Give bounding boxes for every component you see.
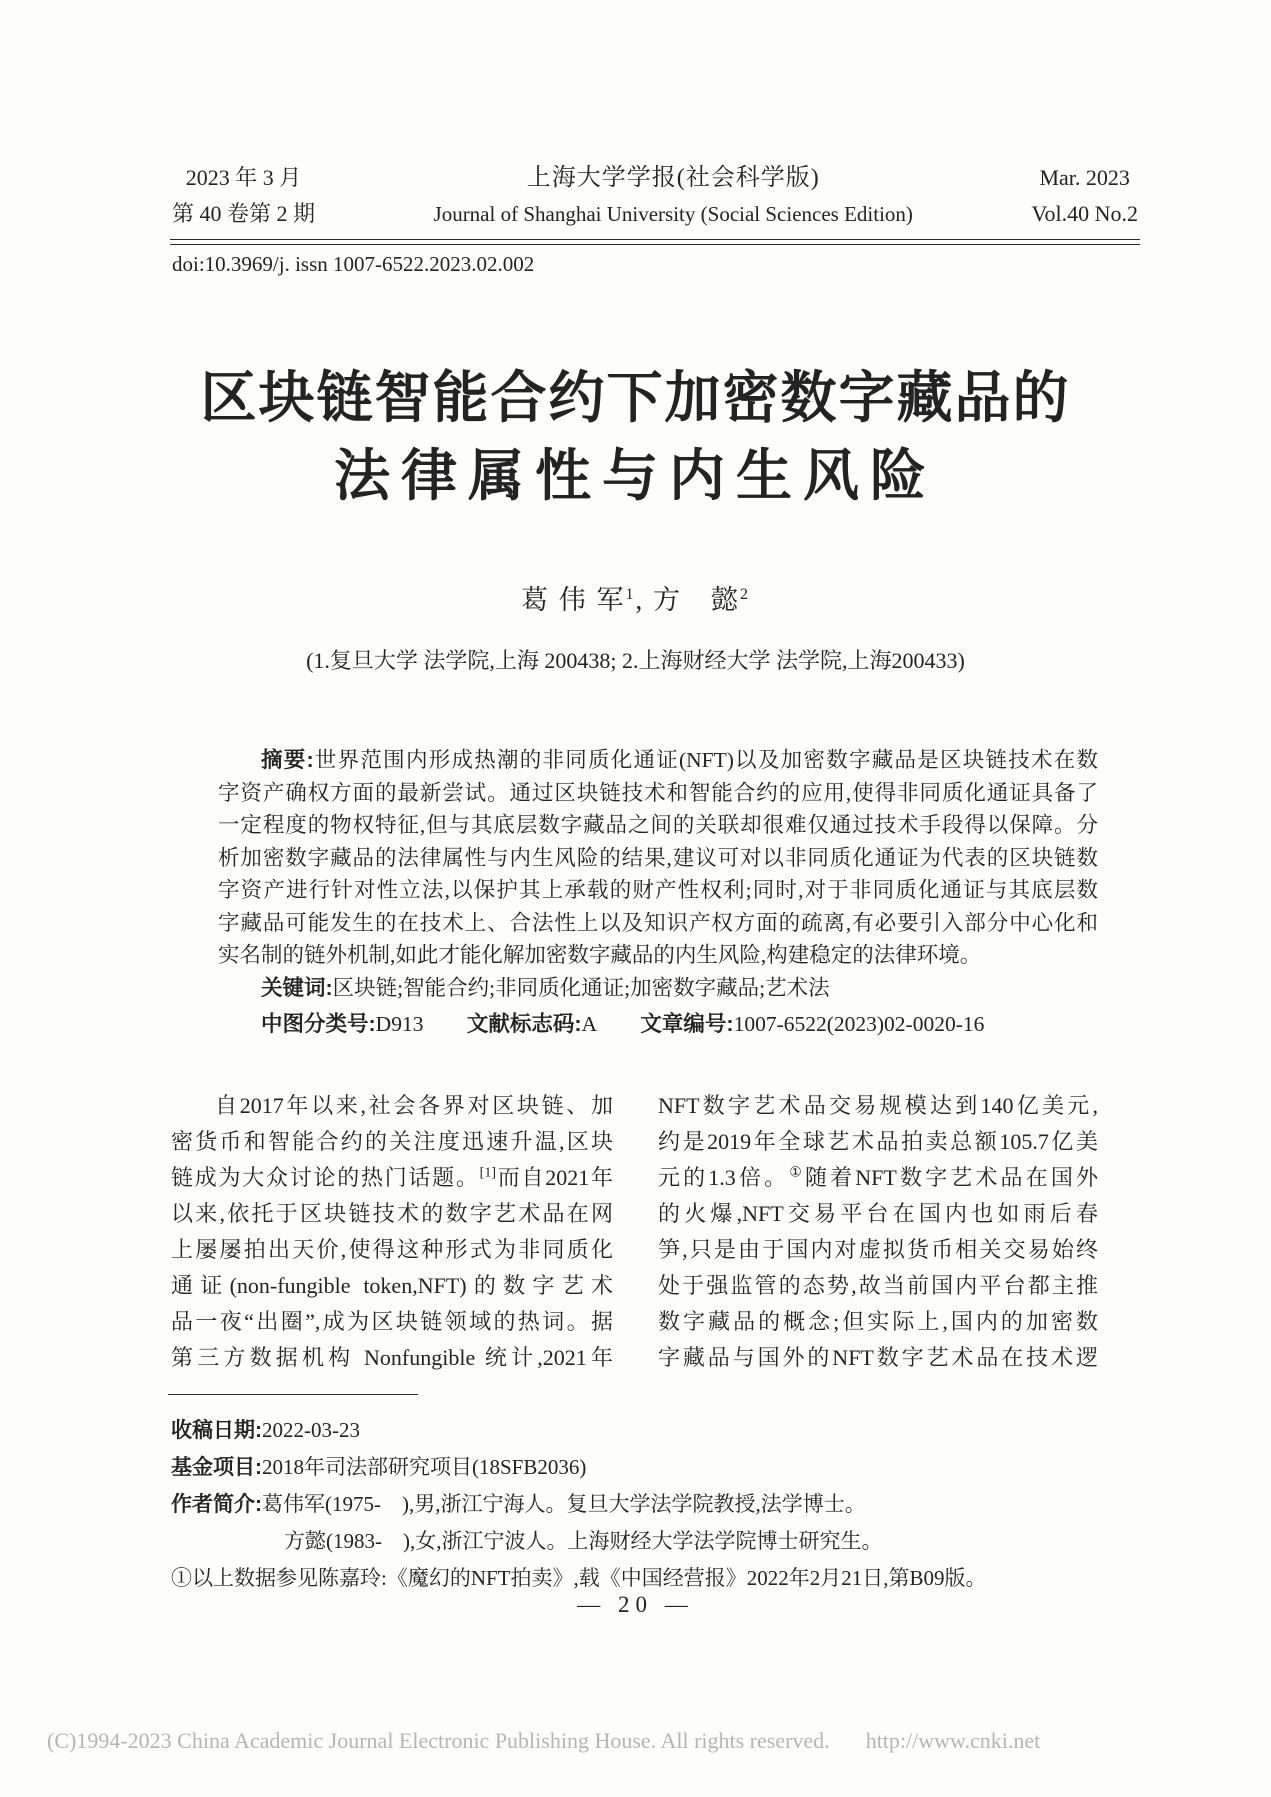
- doi-line: doi:10.3969/j. issn 1007-6522.2023.02.00…: [172, 252, 534, 277]
- journal-header: 2023 年 3 月 第 40 卷第 2 期 上海大学学报(社会科学版) Jou…: [172, 160, 1138, 232]
- keywords-line: 关键词:区块链;智能合约;非同质化通证;加密数字藏品;艺术法: [218, 972, 1098, 1005]
- abstract-line: 一定程度的物权特征,但与其底层数字藏品之间的关联却很难仅通过技术手段得以保障。分: [218, 809, 1098, 842]
- footnote-divider: [168, 1394, 418, 1395]
- header-issue-cn-block: 2023 年 3 月 第 40 卷第 2 期: [172, 160, 315, 232]
- article-id-label: 文章编号:: [640, 1012, 733, 1036]
- body-line: 品一夜“出圈”,成为区块链领域的热词。据: [171, 1304, 613, 1340]
- article-title-line1: 区块链智能合约下加密数字藏品的: [0, 360, 1271, 438]
- body-line: 的火爆,NFT交易平台在国内也如雨后春: [658, 1196, 1098, 1232]
- reference-mark-1: [1]: [480, 1166, 496, 1181]
- body-line: 处于强监管的态势,故当前国内平台都主推: [658, 1268, 1098, 1304]
- body-line: 元的1.3倍。①随着NFT数字艺术品在国外: [658, 1160, 1098, 1196]
- article-title-line2: 法律属性与内生风险: [0, 438, 1271, 516]
- body-line: 笋,只是由于国内对虚拟货币相关交易始终: [658, 1232, 1098, 1268]
- author-bio-line-1: 作者简介:葛伟军(1975- ),男,浙江宁海人。复旦大学法学院教授,法学博士。: [171, 1486, 1106, 1523]
- abstract-line: 摘要:世界范围内形成热潮的非同质化通证(NFT)以及加密数字藏品是区块链技术在数: [218, 744, 1098, 777]
- header-volume-cn: 第 40 卷第 2 期: [172, 196, 315, 232]
- abstract-line: 实名制的链外机制,如此才能化解加密数字藏品的内生风险,构建稳定的法律环境。: [218, 939, 1098, 972]
- body-column-right: NFT数字艺术品交易规模达到140亿美元, 约是2019年全球艺术品拍卖总额10…: [658, 1088, 1098, 1376]
- body-line: 上屡屡拍出天价,使得这种形式为非同质化: [171, 1232, 613, 1268]
- header-volume-en: Vol.40 No.2: [1031, 196, 1138, 232]
- body-line: NFT数字艺术品交易规模达到140亿美元,: [658, 1088, 1098, 1124]
- received-date-label: 收稿日期:: [171, 1412, 262, 1449]
- header-double-rule: [170, 239, 1140, 245]
- classification-line: 中图分类号:D913 文献标志码:A 文章编号:1007-6522(2023)0…: [218, 1008, 1098, 1041]
- body-column-left: 自2017年以来,社会各界对区块链、加 密货币和智能合约的关注度迅速升温,区块 …: [171, 1088, 613, 1376]
- article-id-value: 1007-6522(2023)02-0020-16: [734, 1012, 985, 1036]
- footnote-block: 收稿日期:2022-03-23 基金项目:2018年司法部研究项目(18SFB2…: [171, 1412, 1106, 1597]
- abstract-line: 析加密数字藏品的法律属性与内生风险的结果,建议可对以非同质化通证为代表的区块链数: [218, 842, 1098, 875]
- body-line: 密货币和智能合约的关注度迅速升温,区块: [171, 1124, 613, 1160]
- footnote-mark-1: ①: [789, 1166, 805, 1181]
- journal-title-cn: 上海大学学报(社会科学版): [315, 160, 1031, 196]
- abstract-block: 摘要:世界范围内形成热潮的非同质化通证(NFT)以及加密数字藏品是区块链技术在数…: [218, 744, 1098, 972]
- received-date-value: 2022-03-23: [262, 1412, 1106, 1449]
- doc-code-label: 文献标志码:: [467, 1012, 582, 1036]
- cnki-watermark: (C)1994-2023 China Academic Journal Elec…: [47, 1728, 1231, 1754]
- author-bio-label: 作者简介:: [171, 1486, 262, 1523]
- body-line: 字藏品与国外的NFT数字艺术品在技术逻: [658, 1340, 1098, 1376]
- abstract-line: 字藏品可能发生的在技术上、合法性上以及知识产权方面的疏离,有必要引入部分中心化和: [218, 907, 1098, 940]
- journal-title-block: 上海大学学报(社会科学版) Journal of Shanghai Univer…: [315, 160, 1031, 232]
- body-line: 第三方数据机构 Nonfungible 统计,2021年: [171, 1340, 613, 1376]
- body-line: 数字藏品的概念;但实际上,国内的加密数: [658, 1304, 1098, 1340]
- author-bio-line-2: 方懿(1983- ),女,浙江宁波人。上海财经大学法学院博士研究生。: [171, 1523, 1106, 1560]
- journal-page: 2023 年 3 月 第 40 卷第 2 期 上海大学学报(社会科学版) Jou…: [0, 0, 1271, 1797]
- header-issue-en-block: Mar. 2023 Vol.40 No.2: [1031, 160, 1138, 232]
- watermark-url: http://www.cnki.net: [866, 1728, 1041, 1753]
- author-2-affiliation-mark: 2: [740, 586, 750, 603]
- body-line: 通证(non-fungible token,NFT)的数字艺术: [171, 1268, 613, 1304]
- abstract-line: 字资产进行针对性立法,以保护其上承载的财产性权利;同时,对于非同质化通证与其底层…: [218, 874, 1098, 907]
- abstract-label: 摘要:: [261, 748, 314, 772]
- author-separator: ,: [636, 585, 654, 615]
- keywords-label: 关键词:: [261, 976, 333, 1000]
- page-number: — 20 —: [0, 1592, 1271, 1618]
- author-2: 方 懿: [653, 585, 740, 615]
- affiliation-line: (1.复旦大学 法学院,上海 200438; 2.上海财经大学 法学院,上海20…: [0, 644, 1271, 675]
- body-line: 以来,依托于区块链技术的数字艺术品在网: [171, 1196, 613, 1232]
- watermark-copyright: (C)1994-2023 China Academic Journal Elec…: [47, 1728, 830, 1753]
- body-line: 链成为大众讨论的热门话题。[1]而自2021年: [171, 1160, 613, 1196]
- body-line: 约是2019年全球艺术品拍卖总额105.7亿美: [658, 1124, 1098, 1160]
- journal-title-en: Journal of Shanghai University (Social S…: [315, 196, 1031, 232]
- author-bio-1: 葛伟军(1975- ),男,浙江宁海人。复旦大学法学院教授,法学博士。: [262, 1486, 1106, 1523]
- fund-label: 基金项目:: [171, 1449, 262, 1486]
- body-line: 自2017年以来,社会各界对区块链、加: [171, 1088, 613, 1124]
- author-1-affiliation-mark: 1: [626, 586, 636, 603]
- header-date-en: Mar. 2023: [1031, 160, 1138, 196]
- fund-line: 基金项目:2018年司法部研究项目(18SFB2036): [171, 1449, 1106, 1486]
- abstract-line: 字资产确权方面的最新尝试。通过区块链技术和智能合约的应用,使得非同质化通证具备了: [218, 777, 1098, 810]
- received-date-line: 收稿日期:2022-03-23: [171, 1412, 1106, 1449]
- keywords-text: 区块链;智能合约;非同质化通证;加密数字藏品;艺术法: [333, 976, 830, 1000]
- author-1: 葛 伟 军: [521, 585, 626, 615]
- author-line: 葛 伟 军1, 方 懿2: [0, 578, 1271, 617]
- header-date-cn: 2023 年 3 月: [172, 160, 315, 196]
- clc-value: D913: [376, 1012, 424, 1036]
- article-title: 区块链智能合约下加密数字藏品的 法律属性与内生风险: [0, 360, 1271, 516]
- clc-label: 中图分类号:: [261, 1012, 376, 1036]
- fund-value: 2018年司法部研究项目(18SFB2036): [262, 1449, 1106, 1486]
- doc-code-value: A: [582, 1012, 598, 1036]
